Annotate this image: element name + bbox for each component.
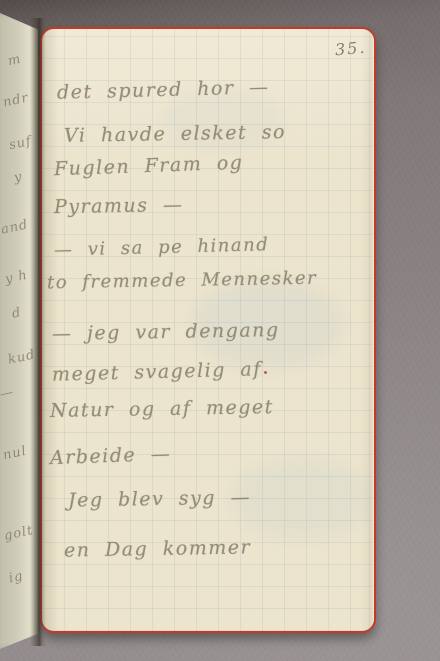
left-page-text-fragment: and (0, 217, 30, 237)
handwriting-line: meget svagelig af (52, 360, 262, 384)
left-page-edge: m ndr suf y and y h d kud — nul golt ig (0, 13, 38, 649)
handwriting-line: det spured hor — (57, 78, 270, 103)
notebook-photo: m ndr suf y and y h d kud — nul golt ig … (0, 0, 440, 661)
handwriting-line: Arbeide — (50, 445, 172, 468)
left-page-text-fragment: kud (7, 347, 37, 367)
handwriting-line: to fremmede Mennesker (47, 270, 317, 293)
left-page-text-fragment: ig (8, 569, 25, 587)
handwriting-line: Fuglen Fram og (54, 154, 244, 180)
left-page-text-fragment: — (0, 385, 15, 403)
handwriting-line: en Dag kommer (64, 538, 251, 560)
left-page-text-fragment: ndr (2, 90, 30, 110)
handwriting-line: Pyramus — (54, 196, 184, 217)
handwriting-line: Jeg blev syg — (68, 488, 251, 510)
page-stack-edge (369, 29, 374, 631)
left-page-text-fragment: nul (2, 444, 29, 464)
left-page-text-fragment: golt (3, 523, 35, 544)
page-number: 35. (334, 38, 367, 60)
ink-bleed-through (232, 459, 372, 539)
notebook-page: 35. det spured hor — Vi havde elsket so … (40, 27, 376, 633)
squared-grid-paper: 35. det spured hor — Vi havde elsket so … (42, 29, 374, 631)
handwriting-line: Vi havde elsket so (64, 123, 286, 146)
left-page-text-fragment: m (7, 52, 23, 69)
handwriting-line: Natur og af meget (50, 398, 274, 421)
left-page-text-fragment: suf (8, 134, 33, 153)
left-page-text-fragment: d (11, 305, 23, 322)
left-page-text-fragment: y h (4, 268, 29, 287)
left-page-text-fragment: y (13, 169, 24, 185)
handwriting-line: — jeg var dengang (52, 321, 280, 344)
red-speck (264, 371, 267, 374)
handwriting-line: — vi sa pe hinand (54, 236, 270, 260)
